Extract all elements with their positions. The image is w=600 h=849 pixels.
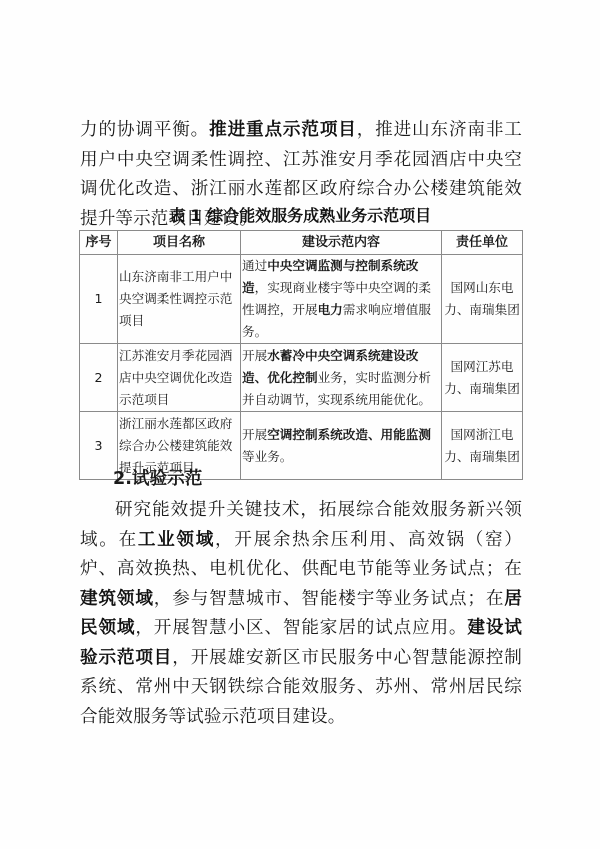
row-responsible-unit: 国网山东电力、南瑞集团 [442,255,523,344]
row-index: 3 [80,412,118,480]
paragraph-text: ，开展智慧小区、智能家居的试点应用。 [135,618,467,638]
content-emphasis: 空调控制系统改造、用能监测 [267,427,431,442]
content-text: 等业务。 [242,449,292,464]
content-text: 开展 [242,348,267,363]
row-responsible-unit: 国网江苏电力、南瑞集团 [442,344,523,412]
row-index: 2 [80,344,118,412]
paragraph-text: ，参与智慧城市、智能楼宇等业务试点；在 [154,589,505,609]
section-heading: 2.试验示范 [113,465,202,494]
content-text: 通过 [242,258,267,273]
header-project-name: 项目名称 [118,231,241,255]
row-index: 1 [80,255,118,344]
paragraph-emphasis: 工业领域 [138,530,215,550]
row-responsible-unit: 国网浙江电力、南瑞集团 [442,412,523,480]
row-content: 开展空调控制系统改造、用能监测等业务。 [241,412,442,480]
content-emphasis: 电力 [318,302,343,317]
table-caption: 表 1 综合能效服务成熟业务示范项目 [0,204,600,228]
header-content: 建设示范内容 [241,231,442,255]
header-index: 序号 [80,231,118,255]
intro-text-1: 力的协调平衡。 [80,120,209,140]
header-responsible-unit: 责任单位 [442,231,523,255]
document-page: 力的协调平衡。推进重点示范项目，推进山东济南非工用户中央空调柔性调控、江苏淮安月… [0,0,600,849]
row-content: 开展水蓄冷中央空调系统建设改造、优化控制业务，实时监测分析并自动调节，实现系统用… [241,344,442,412]
intro-emphasis: 推进重点示范项目 [209,120,357,140]
row-content: 通过中央空调监测与控制系统改造，实现商业楼宇等中央空调的柔性调控，开展电力需求响… [241,255,442,344]
content-text: 开展 [242,427,267,442]
table-header-row: 序号 项目名称 建设示范内容 责任单位 [80,231,523,255]
section-paragraph: 研究能效提升关键技术，拓展综合能效服务新兴领域。在工业领域，开展余热余压利用、高… [80,496,522,732]
row-project-name: 山东济南非工用户中央空调柔性调控示范项目 [118,255,241,344]
demo-projects-table: 序号 项目名称 建设示范内容 责任单位 1 山东济南非工用户中央空调柔性调控示范… [79,230,523,480]
paragraph-emphasis: 建筑领域 [80,589,154,609]
table-row: 1 山东济南非工用户中央空调柔性调控示范项目 通过中央空调监测与控制系统改造，实… [80,255,523,344]
table-row: 2 江苏淮安月季花园酒店中央空调优化改造示范项目 开展水蓄冷中央空调系统建设改造… [80,344,523,412]
row-project-name: 江苏淮安月季花园酒店中央空调优化改造示范项目 [118,344,241,412]
